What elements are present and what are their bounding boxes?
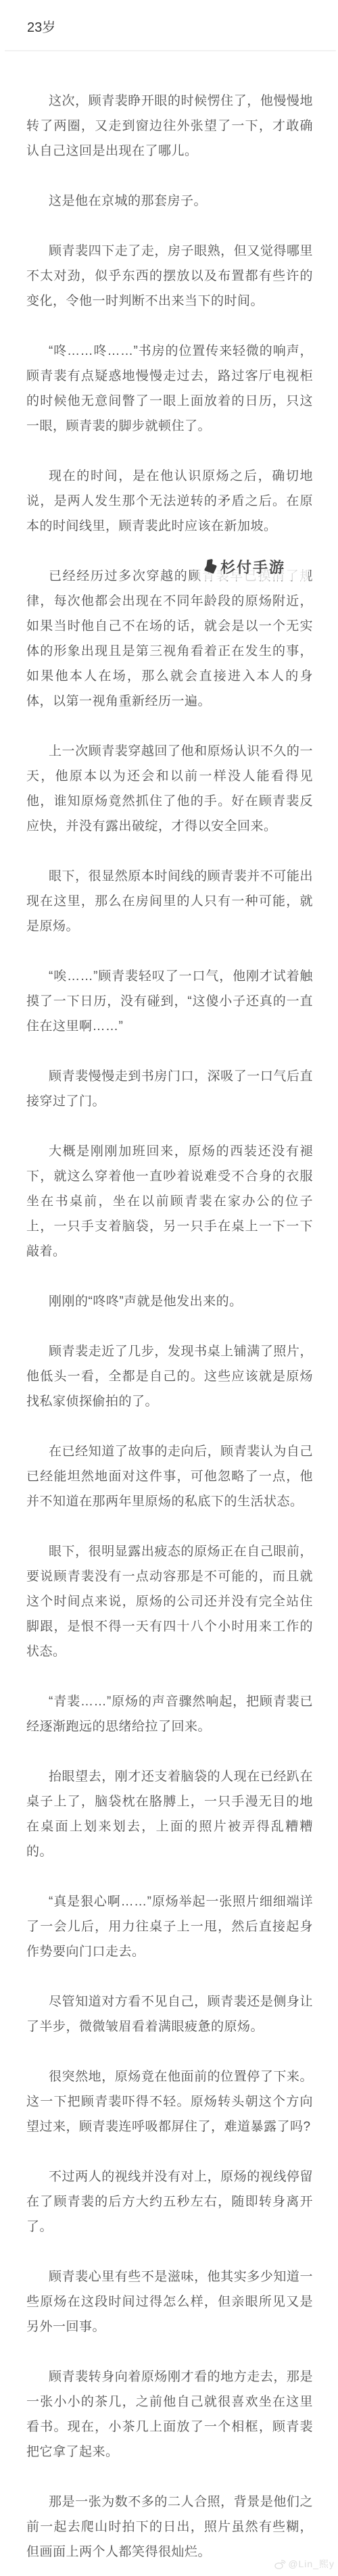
paragraph: “咚……咚……”书房的位置传来轻微的响声，顾青裴有点疑惑地慢慢走过去，路过客厅电… [26, 339, 313, 439]
paragraph: 大概是刚刚加班回来，原炀的西装还没有褪下，就这么穿着他一直吵着说难受不合身的衣服… [26, 1139, 313, 1264]
paragraph: 这次，顾青裴睁开眼的时候愣住了，他慢慢地转了两圈，又走到窗边往外张望了一下，才敢… [26, 89, 313, 164]
paragraph: 抬眼望去，刚才还支着脑袋的人现在已经趴在桌子上了，脑袋枕在胳膊上，一只手漫无目的… [26, 1764, 313, 1864]
paragraph: 顾青裴转身向着原炀刚才看的地方走去，那是一张小小的茶几，之前他自己就很喜欢坐在这… [26, 2364, 313, 2464]
paragraph: 那是一张为数不多的二人合照，背景是他们之前一起去爬山时拍下的日出，照片虽然有些糊… [26, 2489, 313, 2565]
chapter-title: 23岁 [27, 18, 311, 37]
paragraph: 很突然地，原炀竟在他面前的位置停了下来。这一下把顾青裴吓得不轻。原炀转头朝这个方… [26, 2064, 313, 2139]
paragraph: 顾青裴走近了几步，发现书桌上铺满了照片，他低头一看，全都是自己的。这些应该就是原… [26, 1339, 313, 1414]
paragraph: “真是狠心啊……”原炀举起一张照片细细端详了一会儿后，用力往桌子上一甩，然后直接… [26, 1889, 313, 1964]
paragraph: 这是他在京城的那套房子。 [26, 189, 313, 214]
chapter-body: 这次，顾青裴睁开眼的时候愣住了，他慢慢地转了两圈，又走到窗边往外张望了一下，才敢… [0, 51, 338, 2565]
paragraph: 上一次顾青裴穿越回了他和原炀认识不久的一天，他原本以为还会和以前一样没人能看得见… [26, 739, 313, 839]
paragraph: 在已经知道了故事的走向后，顾青裴认为自己已经能坦然地面对这件事，可他忽略了一点，… [26, 1439, 313, 1514]
paragraph: 顾青裴慢慢走到书房门口，深吸了一口气后直接穿过了门。 [26, 1064, 313, 1114]
paragraph: “青裴……”原炀的声音骤然响起，把顾青裴已经逐渐跑远的思绪给拉了回来。 [26, 1689, 313, 1739]
paragraph: 顾青裴心里有些不是滋味，他其实多少知道一些原炀在这段时间过得怎么样，但亲眼所见又… [26, 2264, 313, 2339]
paragraph: 眼下，很显然原本时间线的顾青裴并不可能出现在这里，那么在房间里的人只有一种可能，… [26, 864, 313, 939]
paragraph: 现在的时间，是在他认识原炀之后，确切地说，是两人发生那个无法逆转的矛盾之后。在原… [26, 464, 313, 539]
paragraph: 已经经历过多次穿越的顾青裴早已摸清了规律，每次他都会出现在不同年龄段的原炀附近，… [26, 564, 313, 714]
paragraph: 不过两人的视线并没有对上，原炀的视线停留在了顾青裴的后方大约五秒左右，随即转身离… [26, 2164, 313, 2239]
paragraph: “唉……”顾青裴轻叹了一口气，他刚才试着触摸了一下日历，没有碰到，“这傻小子还真… [26, 964, 313, 1039]
reader-page: 23岁 这次，顾青裴睁开眼的时候愣住了，他慢慢地转了两圈，又走到窗边往外张望了一… [0, 0, 338, 2576]
chapter-header: 23岁 [0, 0, 338, 37]
paragraph: 尽管知道对方看不见自己，顾青裴还是侧身让了半步，微微皱眉看着满眼疲惫的原炀。 [26, 1989, 313, 2039]
paragraph: 刚刚的“咚咚”声就是他发出来的。 [26, 1289, 313, 1314]
paragraph: 顾青裴四下走了走，房子眼熟，但又觉得哪里不太对劲，似乎东西的摆放以及布置都有些许… [26, 239, 313, 314]
paragraph: 眼下，很明显露出疲态的原炀正在自己眼前，要说顾青裴没有一点动容那是不可能的，而且… [26, 1539, 313, 1664]
